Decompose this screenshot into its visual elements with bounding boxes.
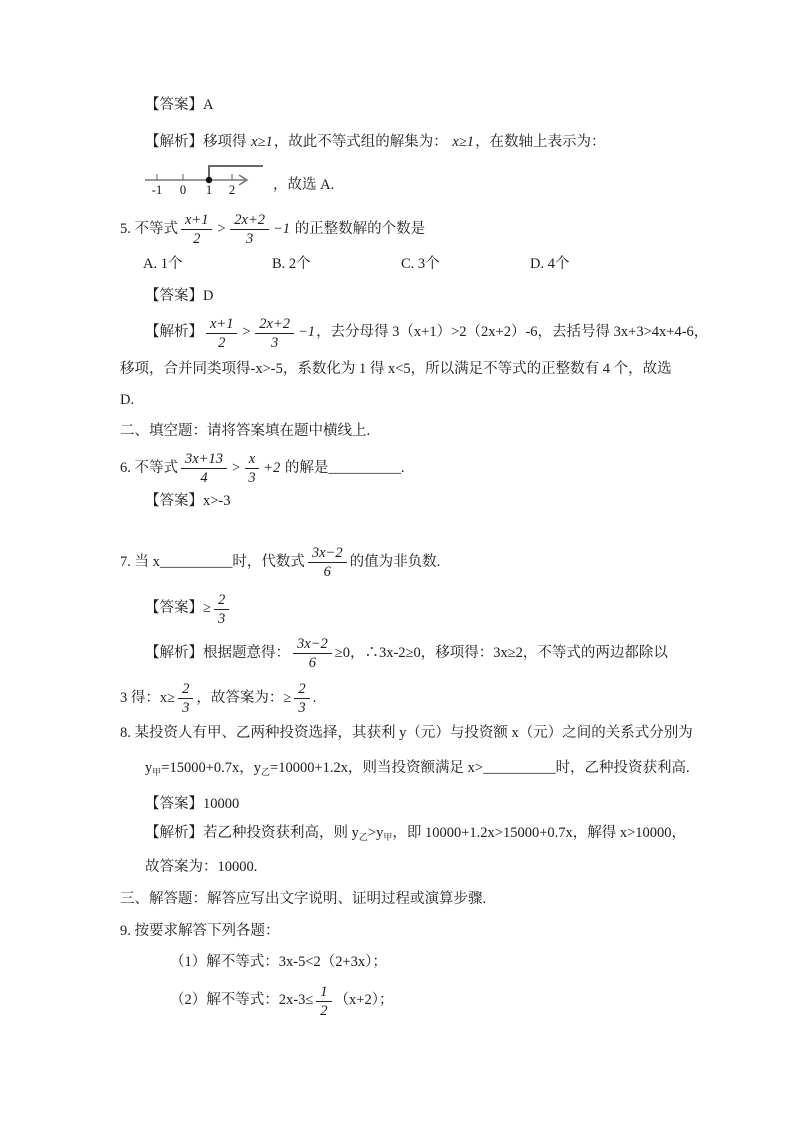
blank-underline: __________ bbox=[328, 460, 401, 476]
q5-explain-text-3: D. bbox=[120, 392, 134, 408]
answer-label: 【答案】 bbox=[145, 288, 203, 304]
q4-explain-text-2: ，故此不等式组的解集为： bbox=[274, 134, 448, 150]
q7-stem-inner: 7. 当 x__________时，代数式3x−26的值为非负数. bbox=[120, 540, 440, 584]
q6-stem-text-2: 的解是 bbox=[285, 460, 329, 476]
q6-answer-line: 【答案】x>-3 bbox=[145, 492, 693, 511]
subscript-yi: 乙 bbox=[261, 767, 270, 777]
fraction: 23 bbox=[214, 592, 229, 627]
q5-explain-line-1: 【解析】x+12>2x+23−1，去分母得 3（x+1）>2（2x+2）-6，去… bbox=[145, 310, 693, 355]
q7-explain-text-2: ≥0，∴3x-2≥0，移项得：3x≥2，不等式的两边都除以 bbox=[335, 645, 668, 661]
tick-label: 1 bbox=[206, 183, 212, 197]
q5-stem-text-1: 不等式 bbox=[135, 221, 179, 237]
subscript-jia: 甲 bbox=[152, 767, 161, 777]
q8-explain-line-1: 【解析】若乙种投资获利高，则 y乙>y甲，即 10000+1.2x>15000+… bbox=[145, 824, 693, 847]
q9-number: 9. bbox=[120, 923, 131, 939]
q7-stem-text-3: 的值为非负数. bbox=[350, 554, 441, 570]
q7-explain-text-1: 根据题意得： bbox=[203, 645, 290, 661]
option-c: C. 3个 bbox=[401, 255, 530, 274]
section-3-title: 三、解答题：解答应写出文字说明、证明过程或演算步骤. bbox=[120, 891, 486, 907]
q9-sub-1-text: （1）解不等式：3x-5<2（2+3x）； bbox=[170, 954, 387, 970]
q8-number: 8. bbox=[120, 725, 131, 741]
explain-label: 【解析】 bbox=[145, 825, 203, 841]
q9-sub-2: （2）解不等式：2x-3≤12（x+2）； bbox=[170, 978, 693, 1023]
q8-stem-text-2: =15000+0.7x，y bbox=[161, 760, 261, 776]
q7-explain-text-3: 3 得：x≥ bbox=[120, 690, 175, 706]
q4-answer-value: A bbox=[203, 97, 213, 113]
q8-explain-text-2: >y bbox=[368, 825, 383, 841]
q8-stem-line-1: 8. 某投资人有甲、乙两种投资选择，其获利 y（元）与投资额 x（元）之间的关系… bbox=[120, 724, 693, 743]
q8-explain-line-2: 故答案为：10000. bbox=[145, 858, 693, 877]
q5-answer-line: 【答案】D bbox=[145, 287, 693, 306]
greater-than-sign: > bbox=[215, 221, 227, 237]
q5-explain-text-2: 移项，合并同类项得-x>-5，系数化为 1 得 x<5，所以满足不等式的正整数有… bbox=[120, 361, 672, 377]
q7-answer-line: 【答案】≥23 bbox=[145, 586, 693, 631]
q4-math-1: x≥1 bbox=[250, 134, 274, 150]
q8-stem-text-3: =10000+1.2x，则当投资额满足 x> bbox=[270, 760, 483, 776]
ge-sign: ≥ bbox=[203, 600, 211, 616]
fraction: 23 bbox=[294, 681, 309, 716]
fraction: x+12 bbox=[206, 316, 237, 351]
q4-math-2: x≥1 bbox=[451, 134, 475, 150]
q8-explain-text-1: 若乙种投资获利高，则 y bbox=[203, 825, 359, 841]
q5-explain-line-3: D. bbox=[120, 391, 693, 410]
q9-sub-2-inner: （2）解不等式：2x-3≤12（x+2）； bbox=[170, 978, 393, 1022]
answer-label: 【答案】 bbox=[145, 600, 203, 616]
q7-explain-inner-2: 3 得：x≥23，故答案为：≥23. bbox=[120, 676, 316, 720]
q7-explain-line-2: 3 得：x≥23，故答案为：≥23. bbox=[120, 675, 693, 720]
q7-explain-text-5: . bbox=[313, 690, 317, 706]
q7-explain-inner-1: 【解析】根据题意得：3x−26≥0，∴3x-2≥0，移项得：3x≥2，不等式的两… bbox=[145, 631, 668, 675]
section-2-header: 二、填空题：请将答案填在题中横线上. bbox=[120, 422, 693, 441]
explain-label: 【解析】 bbox=[145, 134, 203, 150]
fraction: 2x+23 bbox=[255, 316, 294, 351]
q5-explain-text-1: ，去分母得 3（x+1）>2（2x+2）-6，去括号得 3x+3>4x+4-6， bbox=[316, 324, 708, 340]
tick-label: 0 bbox=[180, 183, 186, 197]
q5-explain-inner: 【解析】x+12>2x+23−1，去分母得 3（x+1）>2（2x+2）-6，去… bbox=[145, 310, 708, 354]
q7-number: 7. bbox=[120, 554, 131, 570]
q8-explain-text-4: 故答案为：10000. bbox=[145, 859, 257, 875]
q8-explain-text-3: ，即 10000+1.2x>15000+0.7x，解得 x>10000， bbox=[392, 825, 686, 841]
q4-explain-text-1: 移项得 bbox=[203, 134, 247, 150]
q5-number: 5. bbox=[120, 221, 131, 237]
solution-ray bbox=[209, 166, 263, 180]
section-3-header: 三、解答题：解答应写出文字说明、证明过程或演算步骤. bbox=[120, 890, 693, 909]
q8-stem-text-1: 某投资人有甲、乙两种投资选择，其获利 y（元）与投资额 x（元）之间的关系式分别… bbox=[135, 725, 693, 741]
tick-label: -1 bbox=[152, 183, 162, 197]
explain-label: 【解析】 bbox=[145, 645, 203, 661]
option-b: B. 2个 bbox=[272, 255, 401, 274]
q7-stem: 7. 当 x__________时，代数式3x−26的值为非负数. bbox=[120, 539, 693, 584]
q4-numberline-row: -1 0 1 2 ，故选 A. bbox=[143, 158, 693, 198]
fraction: x+12 bbox=[181, 212, 212, 247]
q6-stem-inner: 6. 不等式3x+134>x3+2 的解是__________. bbox=[120, 446, 405, 490]
q9-stem-text: 按要求解答下列各题： bbox=[135, 923, 280, 939]
q4-conclusion-text: ，故选 A. bbox=[273, 176, 334, 195]
q5-options: A. 1个 B. 2个 C. 3个 D. 4个 bbox=[143, 255, 693, 274]
q5-answer-value: D bbox=[203, 288, 213, 304]
fraction: 3x−26 bbox=[293, 636, 332, 671]
q9-sub-2-text-2: （x+2）； bbox=[335, 992, 394, 1008]
blank-underline: __________ bbox=[483, 760, 556, 776]
q7-explain-line-1: 【解析】根据题意得：3x−26≥0，∴3x-2≥0，移项得：3x≥2，不等式的两… bbox=[145, 630, 693, 675]
blank-underline: __________ bbox=[160, 554, 233, 570]
greater-than-sign: > bbox=[240, 324, 252, 340]
fraction: x3 bbox=[245, 451, 259, 486]
worksheet-page: 【答案】A 【解析】移项得 x≥1，故此不等式组的解集为： x≥1，在数轴上表示… bbox=[0, 0, 793, 1122]
q8-stem-text-4: 时，乙种投资获利高. bbox=[556, 760, 690, 776]
q6-period: . bbox=[401, 460, 405, 476]
answer-label: 【答案】 bbox=[145, 97, 203, 113]
minus-one: −1 bbox=[297, 324, 316, 340]
q5-stem-text-2: 的正整数解的个数是 bbox=[295, 221, 426, 237]
q8-answer-line: 【答案】10000 bbox=[145, 795, 693, 814]
minus-one: −1 bbox=[272, 221, 291, 237]
q5-stem-inner: 5. 不等式x+12>2x+23−1 的正整数解的个数是 bbox=[120, 207, 425, 251]
greater-than-sign: > bbox=[230, 460, 242, 476]
q5-explain-line-2: 移项，合并同类项得-x>-5，系数化为 1 得 x<5，所以满足不等式的正整数有… bbox=[120, 360, 693, 379]
q7-stem-text-1: 当 x bbox=[135, 554, 160, 570]
q6-answer-value: x>-3 bbox=[203, 493, 231, 509]
q5-stem: 5. 不等式x+12>2x+23−1 的正整数解的个数是 bbox=[120, 206, 693, 251]
fraction: 2x+23 bbox=[230, 212, 269, 247]
q4-explain-text-3: ，在数轴上表示为： bbox=[475, 134, 606, 150]
q7-explain-text-4: ，故答案为：≥ bbox=[196, 690, 291, 706]
q8-answer-value: 10000 bbox=[203, 796, 239, 812]
number-line-figure: -1 0 1 2 bbox=[143, 158, 269, 198]
q4-answer-line: 【答案】A bbox=[145, 96, 693, 115]
fraction: 3x−26 bbox=[308, 545, 347, 580]
q8-stem-line-2: y甲=15000+0.7x，y乙=10000+1.2x，则当投资额满足 x>__… bbox=[145, 759, 693, 782]
tick-label: 2 bbox=[229, 183, 235, 197]
option-a: A. 1个 bbox=[143, 255, 272, 274]
section-2-title: 二、填空题：请将答案填在题中横线上. bbox=[120, 423, 370, 439]
q4-explain-line: 【解析】移项得 x≥1，故此不等式组的解集为： x≥1，在数轴上表示为： bbox=[145, 133, 693, 152]
answer-label: 【答案】 bbox=[145, 796, 203, 812]
fraction: 12 bbox=[316, 984, 331, 1019]
answer-label: 【答案】 bbox=[145, 493, 203, 509]
fraction: 23 bbox=[178, 681, 193, 716]
q7-stem-text-2: 时，代数式 bbox=[232, 554, 305, 570]
q9-sub-2-text-1: （2）解不等式：2x-3≤ bbox=[170, 992, 313, 1008]
q7-answer-inner: 【答案】≥23 bbox=[145, 586, 232, 630]
q9-stem: 9. 按要求解答下列各题： bbox=[120, 922, 693, 941]
subscript-jia: 甲 bbox=[383, 832, 392, 842]
q6-stem-text-1: 不等式 bbox=[135, 460, 179, 476]
explain-label: 【解析】 bbox=[145, 324, 203, 340]
q6-stem: 6. 不等式3x+134>x3+2 的解是__________. bbox=[120, 445, 693, 490]
plus-two: +2 bbox=[262, 460, 281, 476]
fraction: 3x+134 bbox=[181, 451, 227, 486]
q9-sub-1: （1）解不等式：3x-5<2（2+3x）； bbox=[170, 953, 693, 972]
subscript-yi: 乙 bbox=[359, 832, 368, 842]
q6-number: 6. bbox=[120, 460, 131, 476]
option-d: D. 4个 bbox=[530, 255, 659, 274]
